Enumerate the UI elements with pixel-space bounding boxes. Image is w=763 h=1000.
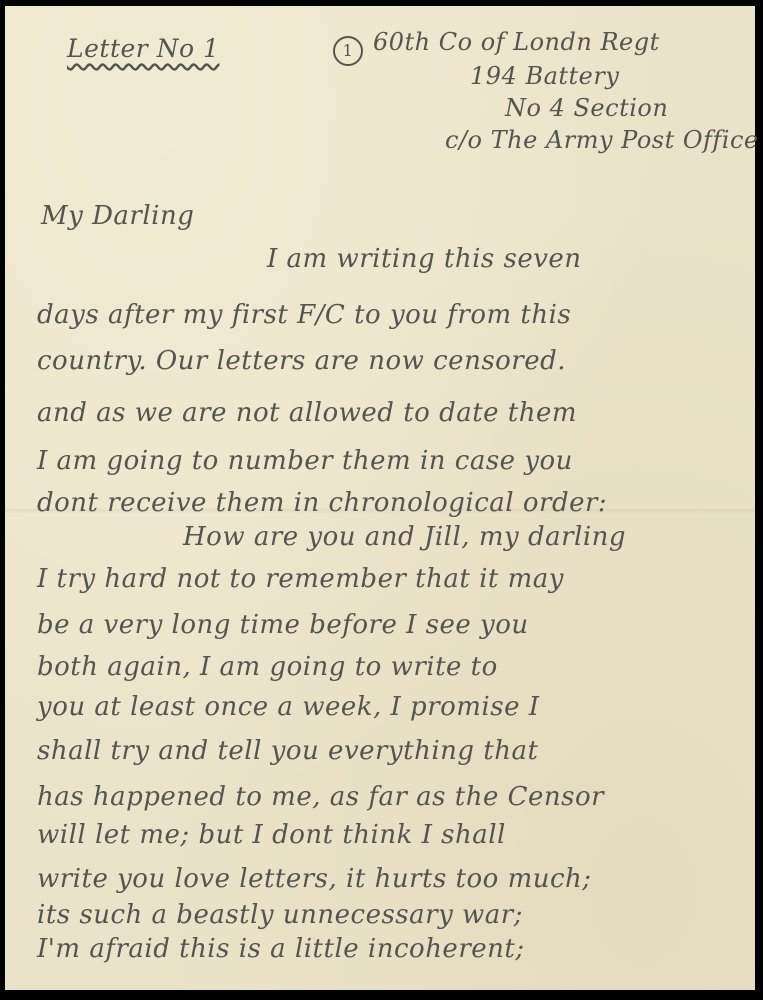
body-line: write you love letters, it hurts too muc…: [37, 864, 592, 894]
body-line: you at least once a week, I promise I: [37, 692, 540, 722]
body-line: be a very long time before I see you: [37, 610, 529, 640]
body-line: has happened to me, as far as the Censor: [37, 782, 604, 812]
body-line: country. Our letters are now censored.: [37, 346, 566, 376]
address-line-regiment: 60th Co of Londn Regt: [373, 28, 660, 56]
body-line: will let me; but I dont think I shall: [37, 820, 506, 850]
body-line: both again, I am going to write to: [37, 652, 498, 682]
address-line-post-office: c/o The Army Post Office: [445, 126, 759, 154]
salutation: My Darling: [41, 201, 194, 231]
body-line: and as we are not allowed to date them: [37, 398, 577, 428]
body-line: dont receive them in chronological order…: [37, 488, 607, 518]
page-number-circle: 1: [333, 36, 363, 66]
body-line: days after my first F/C to you from this: [37, 300, 571, 330]
body-line: I'm afraid this is a little incoherent;: [37, 934, 525, 964]
letter-number-label: Letter No 1: [67, 34, 219, 63]
body-line: How are you and Jill, my darling: [183, 522, 626, 552]
body-line: shall try and tell you everything that: [37, 736, 538, 766]
body-line: I am writing this seven: [267, 244, 582, 274]
body-line: I am going to number them in case you: [37, 446, 573, 476]
address-line-battery: 194 Battery: [470, 62, 619, 90]
body-line: I try hard not to remember that it may: [37, 564, 564, 594]
letter-page: Letter No 1 1 60th Co of Londn Regt 194 …: [5, 6, 755, 990]
body-line: its such a beastly unnecessary war;: [37, 900, 523, 930]
address-line-section: No 4 Section: [505, 94, 668, 122]
